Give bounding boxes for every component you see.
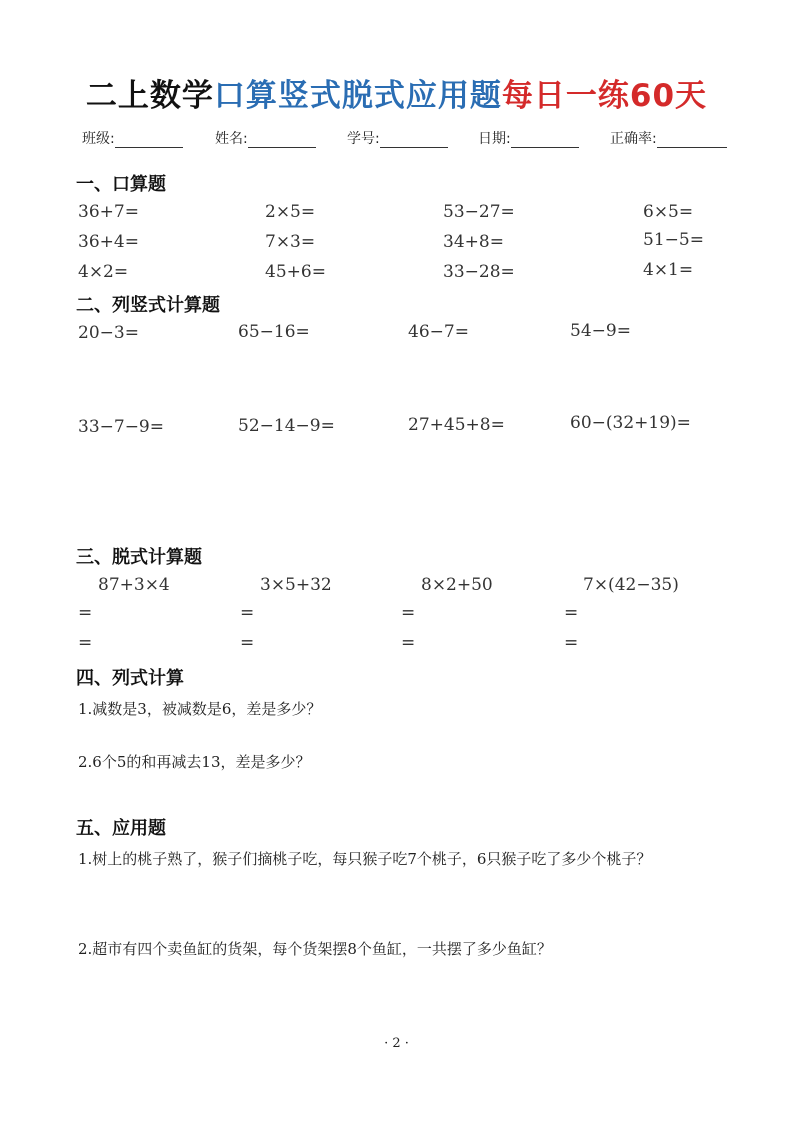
- equals-sign: =: [564, 633, 578, 653]
- problem: 20−3=: [78, 323, 139, 343]
- accuracy-blank[interactable]: [657, 133, 727, 148]
- section-3-heading: 三、脱式计算题: [76, 543, 202, 569]
- problem: 33−28=: [443, 262, 515, 282]
- page-number: · 2 ·: [0, 1036, 793, 1051]
- problem: 7×3=: [265, 232, 315, 252]
- equals-sign: =: [240, 603, 254, 623]
- equals-sign: =: [564, 603, 578, 623]
- problem: 87+3×4: [98, 575, 170, 595]
- equals-sign: =: [78, 603, 92, 623]
- accuracy-label: 正确率:: [610, 131, 657, 147]
- problem: 54−9=: [570, 321, 631, 341]
- problem: 46−7=: [408, 322, 469, 342]
- equals-sign: =: [401, 603, 415, 623]
- student-id-field: 学号:: [347, 128, 448, 148]
- problem: 36+4=: [78, 232, 139, 252]
- problem: 4×2=: [78, 262, 128, 282]
- section-5-heading: 五、应用题: [76, 814, 166, 840]
- problem: 4×1=: [643, 260, 693, 280]
- problem: 34+8=: [443, 232, 504, 252]
- question: 2.6个5的和再减去13，差是多少？: [78, 751, 311, 772]
- problem: 33−7−9=: [78, 417, 164, 437]
- problem: 45+6=: [265, 262, 326, 282]
- title-red: 每日一练60天: [502, 78, 707, 114]
- name-blank[interactable]: [248, 133, 316, 148]
- problem: 65−16=: [238, 322, 310, 342]
- class-label: 班级:: [82, 131, 115, 147]
- class-field: 班级:: [82, 128, 183, 148]
- name-field: 姓名:: [215, 128, 316, 148]
- question: 1.减数是3，被减数是6，差是多少？: [78, 698, 321, 719]
- problem: 51−5=: [643, 230, 704, 250]
- equals-sign: =: [240, 633, 254, 653]
- section-1-heading: 一、口算题: [76, 170, 166, 196]
- problem: 27+45+8=: [408, 415, 505, 435]
- question: 1.树上的桃子熟了，猴子们摘桃子吃，每只猴子吃7个桃子，6只猴子吃了多少个桃子？: [78, 848, 651, 869]
- problem: 2×5=: [265, 202, 315, 222]
- section-2-heading: 二、列竖式计算题: [76, 291, 220, 317]
- title-blue: 口算竖式脱式应用题: [214, 78, 502, 114]
- date-blank[interactable]: [511, 133, 579, 148]
- name-label: 姓名:: [215, 131, 248, 147]
- problem: 52−14−9=: [238, 416, 335, 436]
- problem: 8×2+50: [421, 575, 493, 595]
- equals-sign: =: [78, 633, 92, 653]
- title-black: 二上数学: [86, 78, 214, 114]
- student-id-label: 学号:: [347, 131, 380, 147]
- class-blank[interactable]: [115, 133, 183, 148]
- problem: 36+7=: [78, 202, 139, 222]
- problem: 53−27=: [443, 202, 515, 222]
- student-id-blank[interactable]: [380, 133, 448, 148]
- page-title: 二上数学口算竖式脱式应用题每日一练60天: [0, 70, 793, 115]
- date-field: 日期:: [478, 128, 579, 148]
- date-label: 日期:: [478, 131, 511, 147]
- problem: 3×5+32: [260, 575, 332, 595]
- problem: 60−(32+19)=: [570, 413, 691, 433]
- question: 2.超市有四个卖鱼缸的货架，每个货架摆8个鱼缸，一共摆了多少鱼缸？: [78, 938, 552, 959]
- problem: 6×5=: [643, 202, 693, 222]
- section-4-heading: 四、列式计算: [76, 664, 184, 690]
- accuracy-field: 正确率:: [610, 128, 727, 148]
- equals-sign: =: [401, 633, 415, 653]
- problem: 7×(42−35): [583, 575, 679, 595]
